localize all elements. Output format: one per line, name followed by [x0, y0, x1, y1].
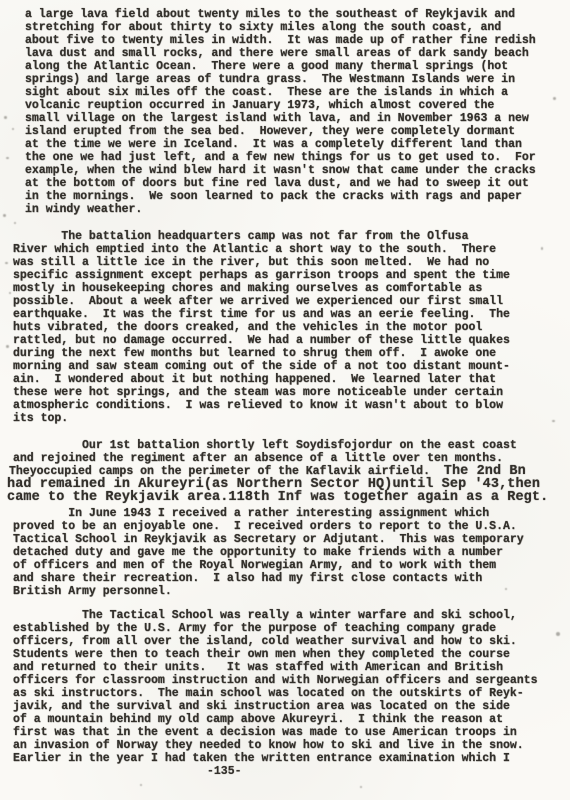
- document-lines: a large lava field about twenty miles to…: [13, 8, 570, 765]
- text-line: about five to twenty miles in width. It …: [13, 34, 570, 47]
- text-line: River which emptied into the Atlantic a …: [13, 243, 570, 256]
- scan-speck: [553, 97, 556, 100]
- scan-speck: [3, 214, 6, 217]
- text-line: and returned to their units. It was staf…: [13, 661, 570, 674]
- text-line: its top.: [13, 412, 570, 425]
- text-line: rattled, but no damage occurred. We had …: [13, 334, 570, 347]
- text-line: springs) and large areas of tundra grass…: [13, 73, 570, 86]
- text-line: detached duty and gave me the opportunit…: [13, 546, 570, 559]
- scan-speck: [552, 420, 555, 422]
- text-line: volcanic reuption occurred in January 19…: [13, 99, 570, 112]
- text-line: Our 1st battalion shortly left Soydisfoj…: [13, 439, 570, 452]
- text-line: first was that in the event a decision w…: [13, 726, 570, 739]
- text-line: javik, and the survival and ski instruct…: [13, 700, 570, 713]
- text-line: in windy weather.: [13, 203, 570, 216]
- scan-speck: [5, 262, 8, 264]
- line-spacer: [13, 216, 570, 230]
- text-line: island erupted from the sea bed. However…: [13, 125, 570, 138]
- scan-speck: [4, 116, 7, 119]
- text-line: as ski instructors. The main school was …: [13, 687, 570, 700]
- text-line: possible. About a week after we arrived …: [13, 295, 570, 308]
- text-line: a large lava field about twenty miles to…: [13, 8, 570, 21]
- scan-speck: [541, 247, 543, 250]
- text-line: established by the U.S. Army for the pur…: [13, 622, 570, 635]
- scan-speck: [140, 784, 142, 786]
- text-line: at the time we were in Iceland. It was a…: [13, 138, 570, 151]
- scanned-typewritten-page: a large lava field about twenty miles to…: [0, 0, 570, 800]
- text-line: proved to be an enjoyable one. I receive…: [13, 520, 570, 533]
- text-line: Students were then to teach their own me…: [13, 648, 570, 661]
- text-line: lava dust and small rocks, and there wer…: [13, 47, 570, 60]
- scan-speck: [14, 222, 16, 224]
- text-line: of a mountain behind my old camp above A…: [13, 713, 570, 726]
- text-line: British Army personnel.: [13, 585, 570, 598]
- scan-speck: [9, 292, 11, 294]
- text-line: the one we had just left, and a few new …: [13, 151, 570, 164]
- text-line: was still a little ice in the river, but…: [13, 256, 570, 269]
- text-line: morning and saw steam coming out of the …: [13, 360, 570, 373]
- scan-speck: [360, 786, 362, 788]
- text-line: these were hot springs, and the steam wa…: [13, 386, 570, 399]
- text-line: Earlier in the year I had taken the writ…: [13, 752, 570, 765]
- text-line: officers for classroom instruction and w…: [13, 674, 570, 687]
- text-line: atmospheric conditions. I was relieved t…: [13, 399, 570, 412]
- text-line: earthquake. It was the first time for us…: [13, 308, 570, 321]
- text-line: along the Atlantic Ocean. There were a g…: [13, 60, 570, 73]
- text-line: example, when the wind blew hard it wasn…: [13, 164, 570, 177]
- text-line: an invasion of Norway they needed to kno…: [13, 739, 570, 752]
- text-line: In June 1943 I received a rather interes…: [13, 507, 570, 520]
- text-line: The Tactical School was really a winter …: [13, 609, 570, 622]
- scan-speck: [6, 157, 9, 159]
- scan-speck: [6, 345, 9, 348]
- text-line: officers, from all over the island, cold…: [13, 635, 570, 648]
- text-line: ain. I wondered about it but nothing hap…: [13, 373, 570, 386]
- text-line: mostly in housekeeping chores and making…: [13, 282, 570, 295]
- text-line: of officers and men of the Royal Norwegi…: [13, 559, 570, 572]
- text-line: small village on the largest island with…: [13, 112, 570, 125]
- text-line: during the next few months but learned t…: [13, 347, 570, 360]
- text-line: huts vibrated, the doors creaked, and th…: [13, 321, 570, 334]
- text-line: Tactical School in Reykjavik as Secretar…: [13, 533, 570, 546]
- line-spacer: [13, 598, 570, 609]
- text-line: specific assignment except perhaps as ga…: [13, 269, 570, 282]
- scan-speck: [505, 588, 507, 590]
- text-line: at the bottom of doors but fine red lava…: [13, 177, 570, 190]
- text-line: and share their recreation. I also had m…: [13, 572, 570, 585]
- text-line: in the mornings. We soon learned to pack…: [13, 190, 570, 203]
- scan-speck: [556, 632, 560, 636]
- text-line: The battalion headquarters camp was not …: [13, 230, 570, 243]
- text-line: came to the Reykjavik area.118th Inf was…: [7, 491, 570, 504]
- text-line: stretching for about thirty to sixty mil…: [13, 21, 570, 34]
- page-number: -135-: [207, 765, 570, 778]
- line-spacer: [13, 425, 570, 439]
- text-line: sight about six miles off the coast. The…: [13, 86, 570, 99]
- scan-speck: [12, 128, 14, 130]
